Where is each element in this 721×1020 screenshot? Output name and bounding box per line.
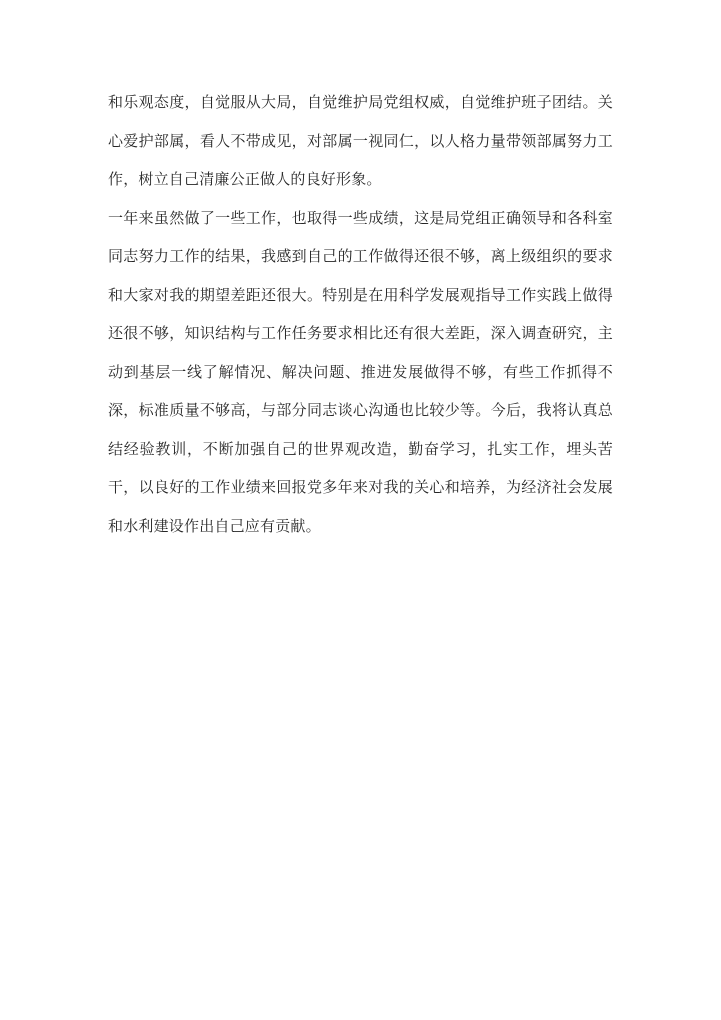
document-paragraph: 和乐观态度，自觉服从大局，自觉维护局党组权威，自觉维护班子团结。关心爱护部属，看… [108, 84, 613, 200]
document-page: 和乐观态度，自觉服从大局，自觉维护局党组权威，自觉维护班子团结。关心爱护部属，看… [0, 0, 721, 1020]
document-paragraph: 一年来虽然做了一些工作，也取得一些成绩，这是局党组正确领导和各科室同志努力工作的… [108, 200, 613, 547]
